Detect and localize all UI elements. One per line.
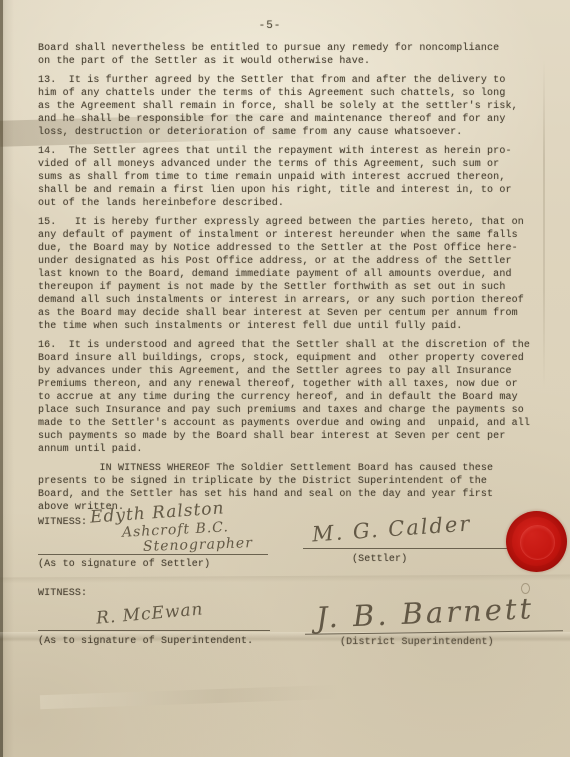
paragraph-closing: IN WITNESS WHEREOF The Soldier Settlemen… [38, 462, 550, 514]
ink-mark [521, 583, 530, 594]
document-body: Board shall nevertheless be entitled to … [38, 42, 550, 520]
wax-seal-icon [506, 511, 567, 572]
paper-crease [0, 632, 570, 642]
paragraph-clause-14: 14. The Settler agrees that until the re… [38, 145, 550, 210]
superintendent-witness-signature-line [38, 630, 270, 631]
witness2-label: WITNESS: [38, 588, 87, 599]
scanned-agreement-page: -5- Board shall nevertheless be entitled… [0, 0, 570, 757]
paper-left-edge [0, 0, 3, 757]
paragraph-clause-13: 13. It is further agreed by the Settler … [38, 74, 550, 139]
paper-crease [40, 685, 340, 709]
superintendent-caption: (District Superintendent) [340, 637, 494, 648]
witness1-signature-role: Stenographer [143, 535, 253, 555]
paragraph-clause-15: 15. It is hereby further expressly agree… [38, 216, 550, 333]
superintendent-signature-line [305, 630, 563, 635]
paper-crease [0, 575, 570, 584]
superintendent-signature: J. B. Barnett [315, 591, 534, 634]
settler-caption: (Settler) [352, 554, 407, 565]
witness2-signature: R. McEwan [95, 599, 204, 628]
wax-seal-emboss [520, 525, 555, 560]
settler-witness-caption: (As to signature of Settler) [38, 559, 210, 570]
superintendent-witness-caption: (As to signature of Superintendent. [38, 636, 253, 647]
witness1-signature-place: Ashcroft B.C. [122, 519, 230, 541]
page-number: -5- [0, 20, 540, 32]
paragraph-clause-16: 16. It is understood and agreed that the… [38, 339, 550, 456]
settler-witness-signature-line [38, 554, 268, 555]
paragraph-intro: Board shall nevertheless be entitled to … [38, 42, 550, 68]
